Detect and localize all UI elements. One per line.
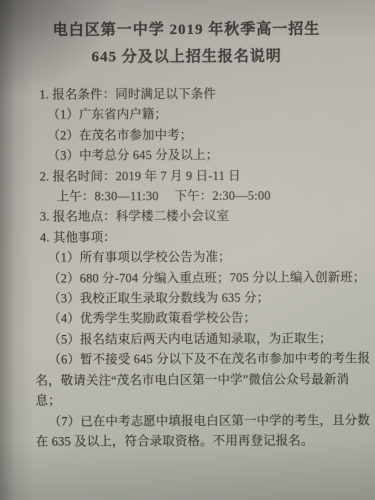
line-other-5: （5）报名结束后两天内电话通知录取，为正取生； [48, 328, 359, 350]
title-line-1: 电白区第一中学 2019 年秋季高一招生 [0, 16, 374, 45]
line-other-4: （4）优秀学生奖励政策看学校公告； [48, 308, 359, 330]
line-section-2: 2. 报名时间：2019 年 7 月 9 日-11 日 [40, 165, 359, 187]
document-photo: 电白区第一中学 2019 年秋季高一招生 645 分及以上招生报名说明 1. 报… [0, 0, 375, 500]
line-time-detail: 上午：8:30—11:30 下午：2:30—5:00 [57, 185, 359, 207]
title-line-2: 645 分及以上招生报名说明 [0, 43, 374, 72]
document-title: 电白区第一中学 2019 年秋季高一招生 645 分及以上招生报名说明 [0, 16, 374, 72]
line-other-6-part-1: （6）暂不接受 645 分以下及不在茂名市参加中考的考生报 [48, 349, 359, 371]
line-section-4: 4. 其他事项： [40, 226, 359, 248]
line-other-1: （1）所有事项以学校公告为准； [48, 247, 359, 269]
line-cond-2: （2）在茂名市参加中考； [47, 124, 358, 146]
line-other-7-part-1: （7）已在中考志愿中填报电白区第一中学的考生，且分数 [49, 410, 360, 432]
line-other-6-part-3: 息； [36, 389, 360, 411]
line-cond-1: （1）广东省内户籍； [47, 104, 358, 126]
line-other-3: （3）我校正取生录取分数线为 635 分； [48, 287, 359, 309]
document-content: 电白区第一中学 2019 年秋季高一招生 645 分及以上招生报名说明 1. 报… [0, 0, 375, 500]
line-section-3: 3. 报名地点：科学楼二楼小会议室 [40, 206, 359, 228]
line-section-1: 1. 报名条件：同时满足以下条件 [39, 83, 358, 105]
line-cond-3: （3）中考总分 645 分及以上； [48, 144, 359, 166]
document-body: 1. 报名条件：同时满足以下条件 （1）广东省内户籍； （2）在茂名市参加中考；… [34, 83, 360, 452]
line-other-2: （2）680 分-704 分编入重点班；705 分以上编入创新班； [48, 267, 359, 289]
line-other-7-part-2: 在 635 及以上，符合录取资格。不用再登记报名。 [36, 430, 360, 452]
line-other-6-part-2: 名，敬请关注“茂名市电白区第一中学”微信公众号最新消 [36, 369, 360, 391]
